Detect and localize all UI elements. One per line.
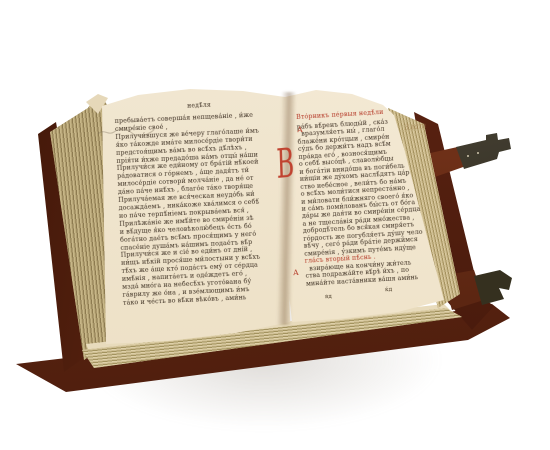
ghost-scribble-icon — [96, 124, 156, 140]
ornate-red-initial: В — [276, 146, 295, 181]
right-page-text: Вто́рникъ пе́рвыя недѣ́ли ра́бъ вѣ́ренъ … — [296, 106, 444, 288]
red-drop-cap-top: А — [297, 125, 303, 134]
photograph-open-book: недѣ́ля пребыва́етъ соверша́я непщева́ні… — [0, 0, 550, 450]
folio-numeral-left: в́д — [325, 294, 332, 300]
red-drop-cap-bottom: А — [293, 268, 299, 277]
clasp-rivet — [477, 152, 479, 154]
folio-numeral-right: ќд — [385, 287, 393, 293]
right-page-lines-top: ра́бъ вѣ́ренъ блюды́й , ска́з вразумля́е… — [297, 116, 443, 258]
clasp-rivet — [467, 155, 469, 157]
